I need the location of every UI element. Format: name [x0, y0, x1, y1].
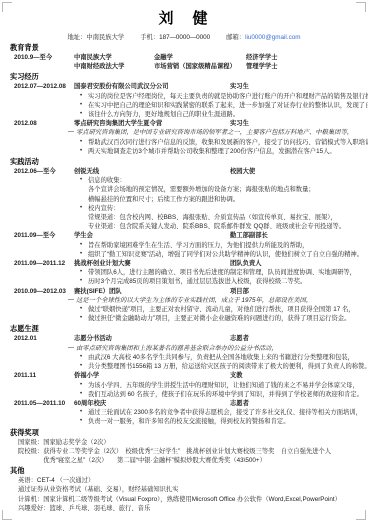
entry-date: 2011.09—至今	[14, 231, 74, 240]
contact-phone: 手机：187—0000—0000	[140, 33, 210, 42]
entry-line-text: 做过“联姻快递”项目，主要正对农村留守、流动儿童，对他们进行帮扶，项目获得全国第…	[88, 306, 355, 313]
bullet-marker: •	[80, 250, 82, 259]
entry-line-text: 为该小学四、五年级的学生讲授生活中的理财知识，让他们知道了钱的来之不易并学会体谅…	[88, 382, 359, 389]
section-志愿生涯: 志愿生涯2012.01志愿分书活动志愿者—由零点研究咨询集团和上海某著名的慈善基…	[10, 324, 358, 426]
entry-header: 2012.07—2012.08国泰君安股份有限公司武汉分公司实习生	[10, 82, 358, 91]
section-line: 院校级：获得专业二等奖学金（2次） 校级优秀“三好学生” 挑战杯创业计划大赛校级…	[10, 447, 358, 456]
entry-line-text: 两天实地调查走访3个城市并帮助公司收集和整理了200份客户信息，发掘潜在客户15…	[88, 148, 336, 155]
bullet-marker: •	[80, 381, 82, 390]
entry-line: 各个宣讲会场地的预定情况，需要额外增加的设备方案；海报张贴的地点和数量；	[10, 185, 358, 194]
entry-organization: 国泰君安股份有限公司武汉分公司	[74, 82, 168, 91]
candidate-name: 刘 健	[10, 7, 358, 28]
entry-header: 2011.05—2011.1060周年校庆志愿者	[10, 399, 358, 408]
entry-role: 勤工部副部长	[230, 231, 268, 240]
education-row: 2010.9—至今中南民族大学金融学经济学学士	[10, 53, 358, 62]
entry-date: 2011.09—2011.12	[14, 259, 74, 268]
entry-organization: 学生会	[74, 231, 93, 240]
entry-line-text: 专业渠道：包含院系关键人发动、院系BBS、院系邮件群发 QQ群、班级或社会专刊投…	[88, 223, 345, 230]
entry-line-text: 共分类整理图书1556箱 13 万册，给运送给灾区孩子的阅读带来了极大的便利，得…	[88, 363, 368, 370]
entry-organization: 志愿分书活动	[74, 334, 112, 343]
entry-line: •为该小学四、五年级的学生讲授生活中的理财知识，让他们知道了钱的来之不易并学会体…	[10, 381, 358, 390]
contact-address: 地址：中南民族大学	[68, 33, 125, 42]
entry-role: 实习生	[230, 82, 249, 91]
bullet-marker: •	[80, 408, 82, 417]
entry-line-text: 横幅悬挂的位置和尺寸；后续工作方案的跟进和协调。	[88, 196, 239, 203]
entry-header: 2012.08零点研究咨询集团大学生夏令营实习生	[10, 119, 358, 128]
bullet-marker: •	[80, 417, 82, 426]
bullet-marker: •	[80, 353, 82, 362]
entry-role: 校园大使	[230, 167, 255, 176]
section-实践活动: 实践活动2012.06—至今创锐无线校园大使•信息的收集：各个宣讲会场地的预定情…	[10, 157, 358, 323]
contact-email: 邮箱：liu0000@gmail.com	[226, 33, 300, 42]
section-line: 国家级：国家励志奖学金（2次）	[10, 438, 358, 447]
bullet-marker: •	[80, 138, 82, 147]
entry-line-text: 常规渠道：包含校内网、校BBS、海报张贴、介质宣传品（如宣传单页、易拉宝、展架）…	[88, 214, 337, 221]
section-heading: 教育背景	[10, 43, 358, 53]
bullet-marker: •	[80, 277, 82, 286]
bullet-marker: •	[80, 101, 82, 110]
entry-line: •做过担任“微金融助动力”项目，主要正对微小企业融资难的问题进行的，获得了项目运…	[10, 314, 358, 323]
bullet-marker: •	[80, 147, 82, 156]
section-heading: 实习经历	[10, 72, 358, 82]
entry-line: •历时3个月完成85页的项目策划书，通过层层选拔进入校级，获得校级二等奖。	[10, 277, 358, 286]
entry-line-text: 我们互动达到 60 名孩子，使孩子们在玩乐的环境中学到了知识，并得到了学校老师的…	[88, 391, 363, 398]
entry-role: 志愿者	[230, 399, 249, 408]
entry-line-text: 该往什么方向努力，更好地规划自己的职业生涯道路。	[88, 111, 239, 118]
entry-line: •该往什么方向努力，更好地规划自己的职业生涯道路。	[10, 110, 358, 119]
section-line: 计算机：国家计算机二级等级考试（Visual Foxpro），熟练使用Micro…	[10, 495, 358, 504]
entry-line-text: 由零点研究咨询集团和上海某著名的慈善基金联合举办的公益分书活动，	[76, 345, 278, 352]
entry-date: 2012.07—2012.08	[14, 82, 74, 91]
entry-line-text: 各个宣讲会场地的预定情况，需要额外增加的设备方案；海报张贴的地点和数量；	[88, 186, 315, 193]
entry-date: 2011.11	[14, 371, 74, 380]
section-heading: 实践活动	[10, 157, 358, 167]
entry-role: 志愿者	[230, 334, 249, 343]
section-line: 英语：CET-4 （一次通过）	[10, 476, 358, 485]
entry-line: •旨在帮助家境困难学生在生活、学习方面的压力，为他们提供力所能及的帮助，	[10, 241, 358, 250]
entry-date: 2012.01	[14, 334, 74, 343]
entry-date: 2010.09—2012.03	[14, 287, 74, 296]
entry-line-text: 旨在帮助家境困难学生在生活、学习方面的压力，为他们提供力所能及的帮助，	[88, 242, 308, 249]
entry-line-text: 在实习中把自己的理论知识和实践紧密的联系了起来，进一步加强了对证券行业的整体认识…	[88, 102, 368, 109]
entry-line-text: 信息的收集：	[88, 177, 126, 184]
entry-line: •负责一对一服务，和许多知名的校友交流接触，得到校友的赞扬和肯定。	[10, 417, 358, 426]
education-degree: 经济学学士	[246, 53, 277, 62]
entry-line: •实习的岗位是客户经理岗位，每天主要负责的就是协助客户进行账户的开户和理财产品的…	[10, 92, 358, 101]
entry-line: •带领团队6人，进行主题的确立、项目书先后进度的制定和管理，队员间进度协调、实地…	[10, 268, 358, 277]
education-degree: 管理学学士	[246, 62, 277, 71]
entry-line: •做过“联姻快递”项目，主要正对农村留守、流动儿童，对他们进行帮扶，项目获得全国…	[10, 305, 358, 314]
bullet-marker: •	[80, 176, 82, 185]
resume-sections: 教育背景2010.9—至今中南民族大学金融学经济学学士中南财经政法大学市场营销（…	[10, 43, 358, 513]
section-line: 优秀“寝室之星”（2次） 第二届“中银·金融杯”模拟炒股大赛优秀奖（43\500…	[10, 456, 358, 465]
contact-line: 地址：中南民族大学 手机：187—0000—0000 邮箱：liu0000@gm…	[10, 33, 358, 42]
section-heading: 其他	[10, 466, 358, 476]
entry-organization: 零点研究咨询集团大学生夏令营	[74, 119, 162, 128]
bullet-marker: •	[80, 110, 82, 119]
bullet-marker: •	[80, 305, 82, 314]
email-link[interactable]: liu0000@gmail.com	[245, 34, 300, 41]
entry-organization: 挑战杯创业计划大赛	[74, 259, 131, 268]
entry-line-text: 组织了“勤工知识竞赛”活动，增强了同学们对公共助学精神的认识，使他们树立了自立自…	[88, 251, 363, 258]
resume-page: 刘 健 地址：中南民族大学 手机：187—0000—0000 邮箱：liu000…	[0, 0, 368, 522]
bullet-marker: •	[80, 390, 82, 399]
entry-line-text: 校内宣传：	[88, 205, 119, 212]
entry-date: 2012.08	[14, 119, 74, 128]
bullet-marker: •	[80, 241, 82, 250]
section-其他: 其他英语：CET-4 （一次通过）通过证券从业资格考试（基础、交易），财经基础知…	[10, 466, 358, 513]
entry-line: —这是一个全球性的以大学生为主体的专业实践社团，成立于 1975年，总部设在美国…	[10, 296, 358, 305]
entry-line: 横幅悬挂的位置和尺寸；后续工作方案的跟进和协调。	[10, 195, 358, 204]
section-获得奖项: 获得奖项国家级：国家励志奖学金（2次）院校级：获得专业二等奖学金（2次） 校级优…	[10, 428, 358, 466]
entry-header: 2012.01志愿分书活动志愿者	[10, 334, 358, 343]
section-教育背景: 教育背景2010.9—至今中南民族大学金融学经济学学士中南财经政法大学市场营销（…	[10, 43, 358, 71]
entry-role: 实习生	[230, 119, 249, 128]
entry-line-text: 这是一个全球性的以大学生为主体的专业实践社团，成立于 1975年，总部设在美国，	[76, 297, 312, 304]
entry-role: 团队负责人	[230, 259, 261, 268]
entry-date: 2012.06—至今	[14, 167, 74, 176]
entry-line-text: 历时3个月完成85页的项目策划书，通过层层选拔进入校级，获得校级二等奖。	[88, 278, 306, 285]
section-line: 通过证券从业资格考试（基础、交易），财经基础知识扎实	[10, 485, 358, 494]
bullet-marker: •	[80, 204, 82, 213]
entry-line: •共分类整理图书1556箱 13 万册，给运送给灾区孩子的阅读带来了极大的便利，…	[10, 362, 358, 371]
entry-line: •我们互动达到 60 名孩子，使孩子们在玩乐的环境中学到了知识，并得到了学校老师…	[10, 390, 358, 399]
entry-line: •由武汉6 大高校 40多名学生共同参与，负责把从全国各地收集上来的书籍进行分类…	[10, 353, 358, 362]
entry-organization: 赛扶(SIFE）团队	[74, 287, 122, 296]
bullet-marker: •	[80, 92, 82, 101]
entry-header: 2011.09—至今学生会勤工部副部长	[10, 231, 358, 240]
dash-marker: —	[68, 296, 74, 305]
entry-line: 常规渠道：包含校内网、校BBS、海报张贴、介质宣传品（如宣传单页、易拉宝、展架）…	[10, 213, 358, 222]
entry-line: —由零点研究咨询集团和上海某著名的慈善基金联合举办的公益分书活动，	[10, 344, 358, 353]
entry-organization: 创锐无线	[74, 167, 99, 176]
entry-header: 2010.09—2012.03赛扶(SIFE）团队项目部	[10, 287, 358, 296]
entry-line: •帮助武汉百次同行进行客户信息的反馈，收集和发展新的客户，接受了访问技巧、营销模…	[10, 138, 358, 147]
entry-organization: 60周年校庆	[74, 399, 106, 408]
entry-role: 项目部	[230, 287, 249, 296]
education-date: 2010.9—至今	[14, 53, 74, 62]
education-school: 中南民族大学	[74, 53, 154, 62]
entry-line-text: 零点研究咨询集团，是中国专业研究咨询市场的领军者之一，主要客户包括万科地产、中粮…	[76, 129, 353, 136]
education-major: 市场营销（国家级精品课程）	[154, 62, 246, 71]
entry-line: •两天实地调查走访3个城市并帮助公司收集和整理了200份客户信息，发掘潜在客户1…	[10, 147, 358, 156]
bullet-marker: •	[80, 362, 82, 371]
entry-line: •组织了“勤工知识竞赛”活动，增强了同学们对公共助学精神的认识，使他们树立了自立…	[10, 250, 358, 259]
entry-line: —零点研究咨询集团，是中国专业研究咨询市场的领军者之一，主要客户包括万科地产、中…	[10, 128, 358, 137]
contact-email-label: 邮箱：	[226, 34, 245, 41]
entry-header: 2011.09—2011.12挑战杯创业计划大赛团队负责人	[10, 259, 358, 268]
education-row: 中南财经政法大学市场营销（国家级精品课程）管理学学士	[10, 62, 358, 71]
section-heading: 志愿生涯	[10, 324, 358, 334]
entry-header: 2012.06—至今创锐无线校园大使	[10, 167, 358, 176]
dash-marker: —	[68, 128, 74, 137]
entry-date: 2011.05—2011.10	[14, 399, 74, 408]
resume-document: 刘 健 地址：中南民族大学 手机：187—0000—0000 邮箱：liu000…	[10, 4, 358, 513]
bullet-marker: •	[80, 268, 82, 277]
entry-role: 支教	[230, 371, 243, 380]
entry-line-text: 做过担任“微金融助动力”项目，主要正对微小企业融资难的问题进行的，获得了项目运行…	[88, 315, 350, 322]
entry-line-text: 实习的岗位是客户经理岗位，每天主要负责的就是协助客户进行账户的开户和理财产品的销…	[88, 93, 368, 100]
entry-line-text: 带领团队6人，进行主题的确立、项目书先后进度的制定和管理，队员间进度协调、实地调…	[88, 269, 356, 276]
entry-line-text: 负责一对一服务，和许多知名的校友交流接触，得到校友的赞扬和肯定。	[88, 418, 290, 425]
entry-line: •通过三轮面试在 2300多名的竞争者中获得志愿机会，接受了许多社交礼仪、接待等…	[10, 408, 358, 417]
entry-line-text: 通过三轮面试在 2300多名的竞争者中获得志愿机会，接受了许多社交礼仪、接待等相…	[88, 409, 362, 416]
entry-header: 2011.11侨福小学支教	[10, 371, 358, 380]
section-line: 兴趣爱好：篮球、乒乓球、羽毛球、旅行、音乐	[10, 504, 358, 513]
entry-line-text: 帮助武汉百次同行进行客户信息的反馈，收集和发展新的客户，接受了访问技巧、营销模式…	[88, 139, 368, 146]
section-heading: 获得奖项	[10, 428, 358, 438]
section-实习经历: 实习经历2012.07—2012.08国泰君安股份有限公司武汉分公司实习生•实习…	[10, 72, 358, 156]
education-major: 金融学	[154, 53, 246, 62]
entry-line: 专业渠道：包含院系关键人发动、院系BBS、院系邮件群发 QQ群、班级或社会专刊投…	[10, 222, 358, 231]
entry-line: •校内宣传：	[10, 204, 358, 213]
entry-line: •在实习中把自己的理论知识和实践紧密的联系了起来，进一步加强了对证券行业的整体认…	[10, 101, 358, 110]
dash-marker: —	[68, 344, 74, 353]
entry-organization: 侨福小学	[74, 371, 99, 380]
entry-line-text: 由武汉6 大高校 40多名学生共同参与，负责把从全国各地收集上来的书籍进行分类整…	[88, 354, 354, 361]
bullet-marker: •	[80, 314, 82, 323]
education-school: 中南财经政法大学	[74, 62, 154, 71]
entry-line: •信息的收集：	[10, 176, 358, 185]
